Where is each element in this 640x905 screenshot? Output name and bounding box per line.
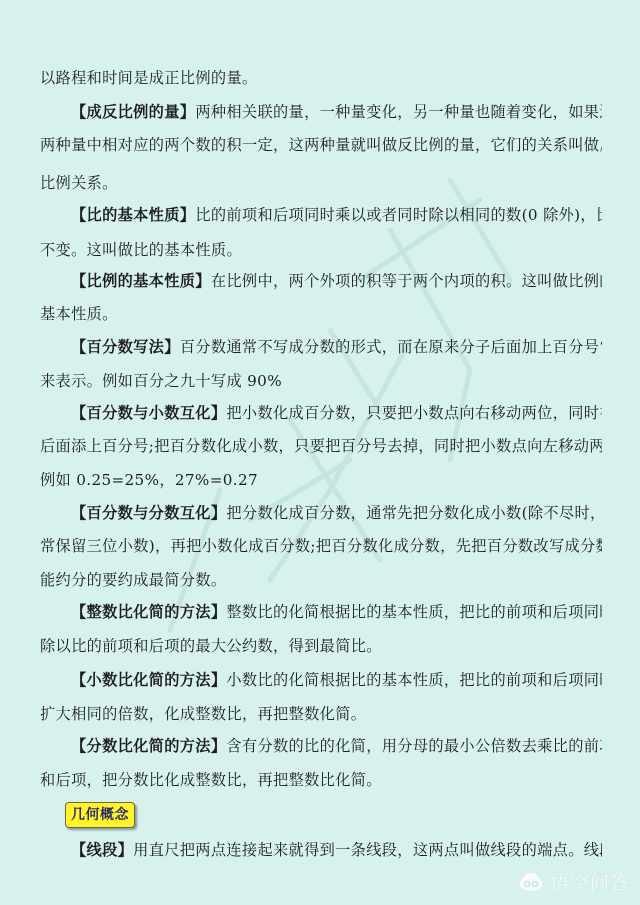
line-text: 把分数化成百分数，通常先把分数化成小数(除不尽时，通 [226, 504, 602, 522]
text-line: 后面添上百分号;把百分数化成小数，只要把百分号去掉，同时把小数点向左移动两位。 [40, 436, 602, 456]
paragraph-decimal-ratio: 【小数比化简的方法】小数比的化简根据比的基本性质，把比的前项和后项同时 [71, 670, 602, 690]
text-line: 扩大相同的倍数，化成整数比，再把整数化简。 [40, 704, 602, 724]
document-page: 以路程和时间是成正比例的量。 【成反比例的量】两种相关联的量，一种量变化，另一种… [0, 0, 640, 905]
text-line: 和后项，把分数比化成整数比，再把整数比化简。 [40, 770, 602, 790]
line-text: 能约分的要约成最简分数。 [40, 571, 226, 589]
text-line: 以路程和时间是成正比例的量。 [40, 68, 602, 88]
line-text: 后面添上百分号;把百分数化成小数，只要把百分号去掉，同时把小数点向左移动两位。 [40, 437, 602, 455]
line-text: 整数比的化简根据比的基本性质，把比的前项和后项同时 [226, 603, 602, 621]
text-line: 除以比的前项和后项的最大公约数，得到最简比。 [40, 636, 602, 656]
term-label: 【比例的基本性质】 [71, 272, 211, 290]
section-badge-geometry: 几何概念 [65, 802, 135, 828]
line-text: 扩大相同的倍数，化成整数比，再把整数化简。 [40, 705, 366, 723]
line-text: 在比例中，两个外项的积等于两个内项的积。这叫做比例的 [211, 272, 602, 290]
term-label: 【百分数与分数互化】 [71, 504, 226, 522]
term-label: 【成反比例的量】 [71, 103, 195, 121]
paragraph-fraction-ratio: 【分数比化简的方法】含有分数的比的化简，用分母的最小公倍数去乘比的前项 [71, 736, 602, 756]
text-line: 不变。这叫做比的基本性质。 [40, 240, 602, 260]
line-text: 含有分数的比的化简，用分母的最小公倍数去乘比的前项 [226, 737, 602, 755]
paragraph-proportion-property: 【比例的基本性质】在比例中，两个外项的积等于两个内项的积。这叫做比例的 [71, 271, 602, 291]
text-line: 常保留三位小数)，再把小数化成百分数;把百分数化成分数，先把百分数改写成分数， [40, 536, 602, 556]
line-text: 把小数化成百分数，只要把小数点向右移动两位，同时在 [226, 404, 602, 422]
text-line: 比例关系。 [40, 173, 602, 193]
term-label: 【百分数与小数互化】 [71, 404, 226, 422]
line-text: 两种量中相对应的两个数的积一定，这两种量就叫做反比例的量，它们的关系叫做反 [40, 136, 602, 154]
wukong-logo-icon [518, 871, 544, 893]
paragraph-inverse-proportion: 【成反比例的量】两种相关联的量，一种量变化，另一种量也随着变化，如果这 [71, 102, 602, 122]
line-text: 比例关系。 [40, 174, 118, 192]
text-line: 例如 0.25=25%，27%=0.27 [40, 470, 602, 490]
line-text: 基本性质。 [40, 305, 118, 323]
line-text: 除以比的前项和后项的最大公约数，得到最简比。 [40, 637, 382, 655]
line-text: 两种相关联的量，一种量变化，另一种量也随着变化，如果这 [195, 103, 602, 121]
paragraph-percent-fraction: 【百分数与分数互化】把分数化成百分数，通常先把分数化成小数(除不尽时，通 [71, 503, 602, 523]
line-text: 常保留三位小数)，再把小数化成百分数;把百分数化成分数，先把百分数改写成分数， [40, 537, 602, 555]
line-text: 来表示。例如百分之九十写成 90% [40, 372, 282, 390]
paragraph-percent-notation: 【百分数写法】百分数通常不写成分数的形式，而在原来分子后面加上百分号“%” [71, 337, 602, 357]
term-label: 【整数比化简的方法】 [71, 603, 226, 621]
term-label: 【分数比化简的方法】 [71, 737, 226, 755]
line-text: 小数比的化简根据比的基本性质，把比的前项和后项同时 [226, 671, 602, 689]
paragraph-percent-decimal: 【百分数与小数互化】把小数化成百分数，只要把小数点向右移动两位，同时在 [71, 403, 602, 423]
line-text: 以路程和时间是成正比例的量。 [40, 69, 258, 87]
paragraph-line-segment: 【线段】用直尺把两点连接起来就得到一条线段，这两点叫做线段的端点。线段 [71, 840, 602, 860]
line-text: 不变。这叫做比的基本性质。 [40, 241, 242, 259]
paragraph-ratio-property: 【比的基本性质】比的前项和后项同时乘以或者同时除以相同的数(0 除外)，比值 [71, 205, 602, 225]
term-label: 【线段】 [71, 841, 133, 859]
brand-text: 悟空问答 [550, 868, 630, 895]
brand-watermark: 悟空问答 [518, 868, 630, 895]
text-line: 来表示。例如百分之九十写成 90% [40, 371, 602, 391]
term-label: 【百分数写法】 [71, 338, 180, 356]
term-label: 【比的基本性质】 [71, 206, 195, 224]
line-text: 百分数通常不写成分数的形式，而在原来分子后面加上百分号“%” [180, 338, 602, 356]
text-line: 基本性质。 [40, 304, 602, 324]
line-text: 比的前项和后项同时乘以或者同时除以相同的数(0 除外)，比值 [195, 206, 602, 224]
line-text: 例如 0.25=25%，27%=0.27 [40, 471, 258, 489]
line-text: 用直尺把两点连接起来就得到一条线段，这两点叫做线段的端点。线段 [133, 841, 602, 859]
text-line: 两种量中相对应的两个数的积一定，这两种量就叫做反比例的量，它们的关系叫做反 [40, 135, 602, 155]
term-label: 【小数比化简的方法】 [71, 671, 226, 689]
text-line: 能约分的要约成最简分数。 [40, 570, 602, 590]
paragraph-integer-ratio: 【整数比化简的方法】整数比的化简根据比的基本性质，把比的前项和后项同时 [71, 602, 602, 622]
line-text: 和后项，把分数比化成整数比，再把整数比化简。 [40, 771, 382, 789]
